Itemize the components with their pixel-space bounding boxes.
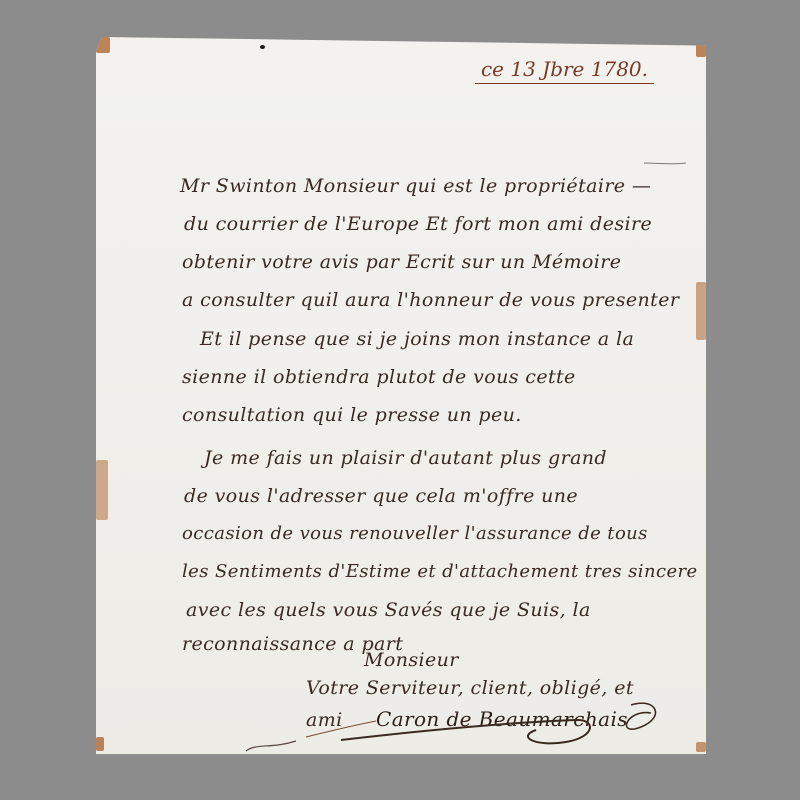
signature-flourish: [96, 37, 706, 754]
letter-paper: ce 13 Jbre 1780. Mr Swinton Monsieur qui…: [96, 37, 706, 754]
